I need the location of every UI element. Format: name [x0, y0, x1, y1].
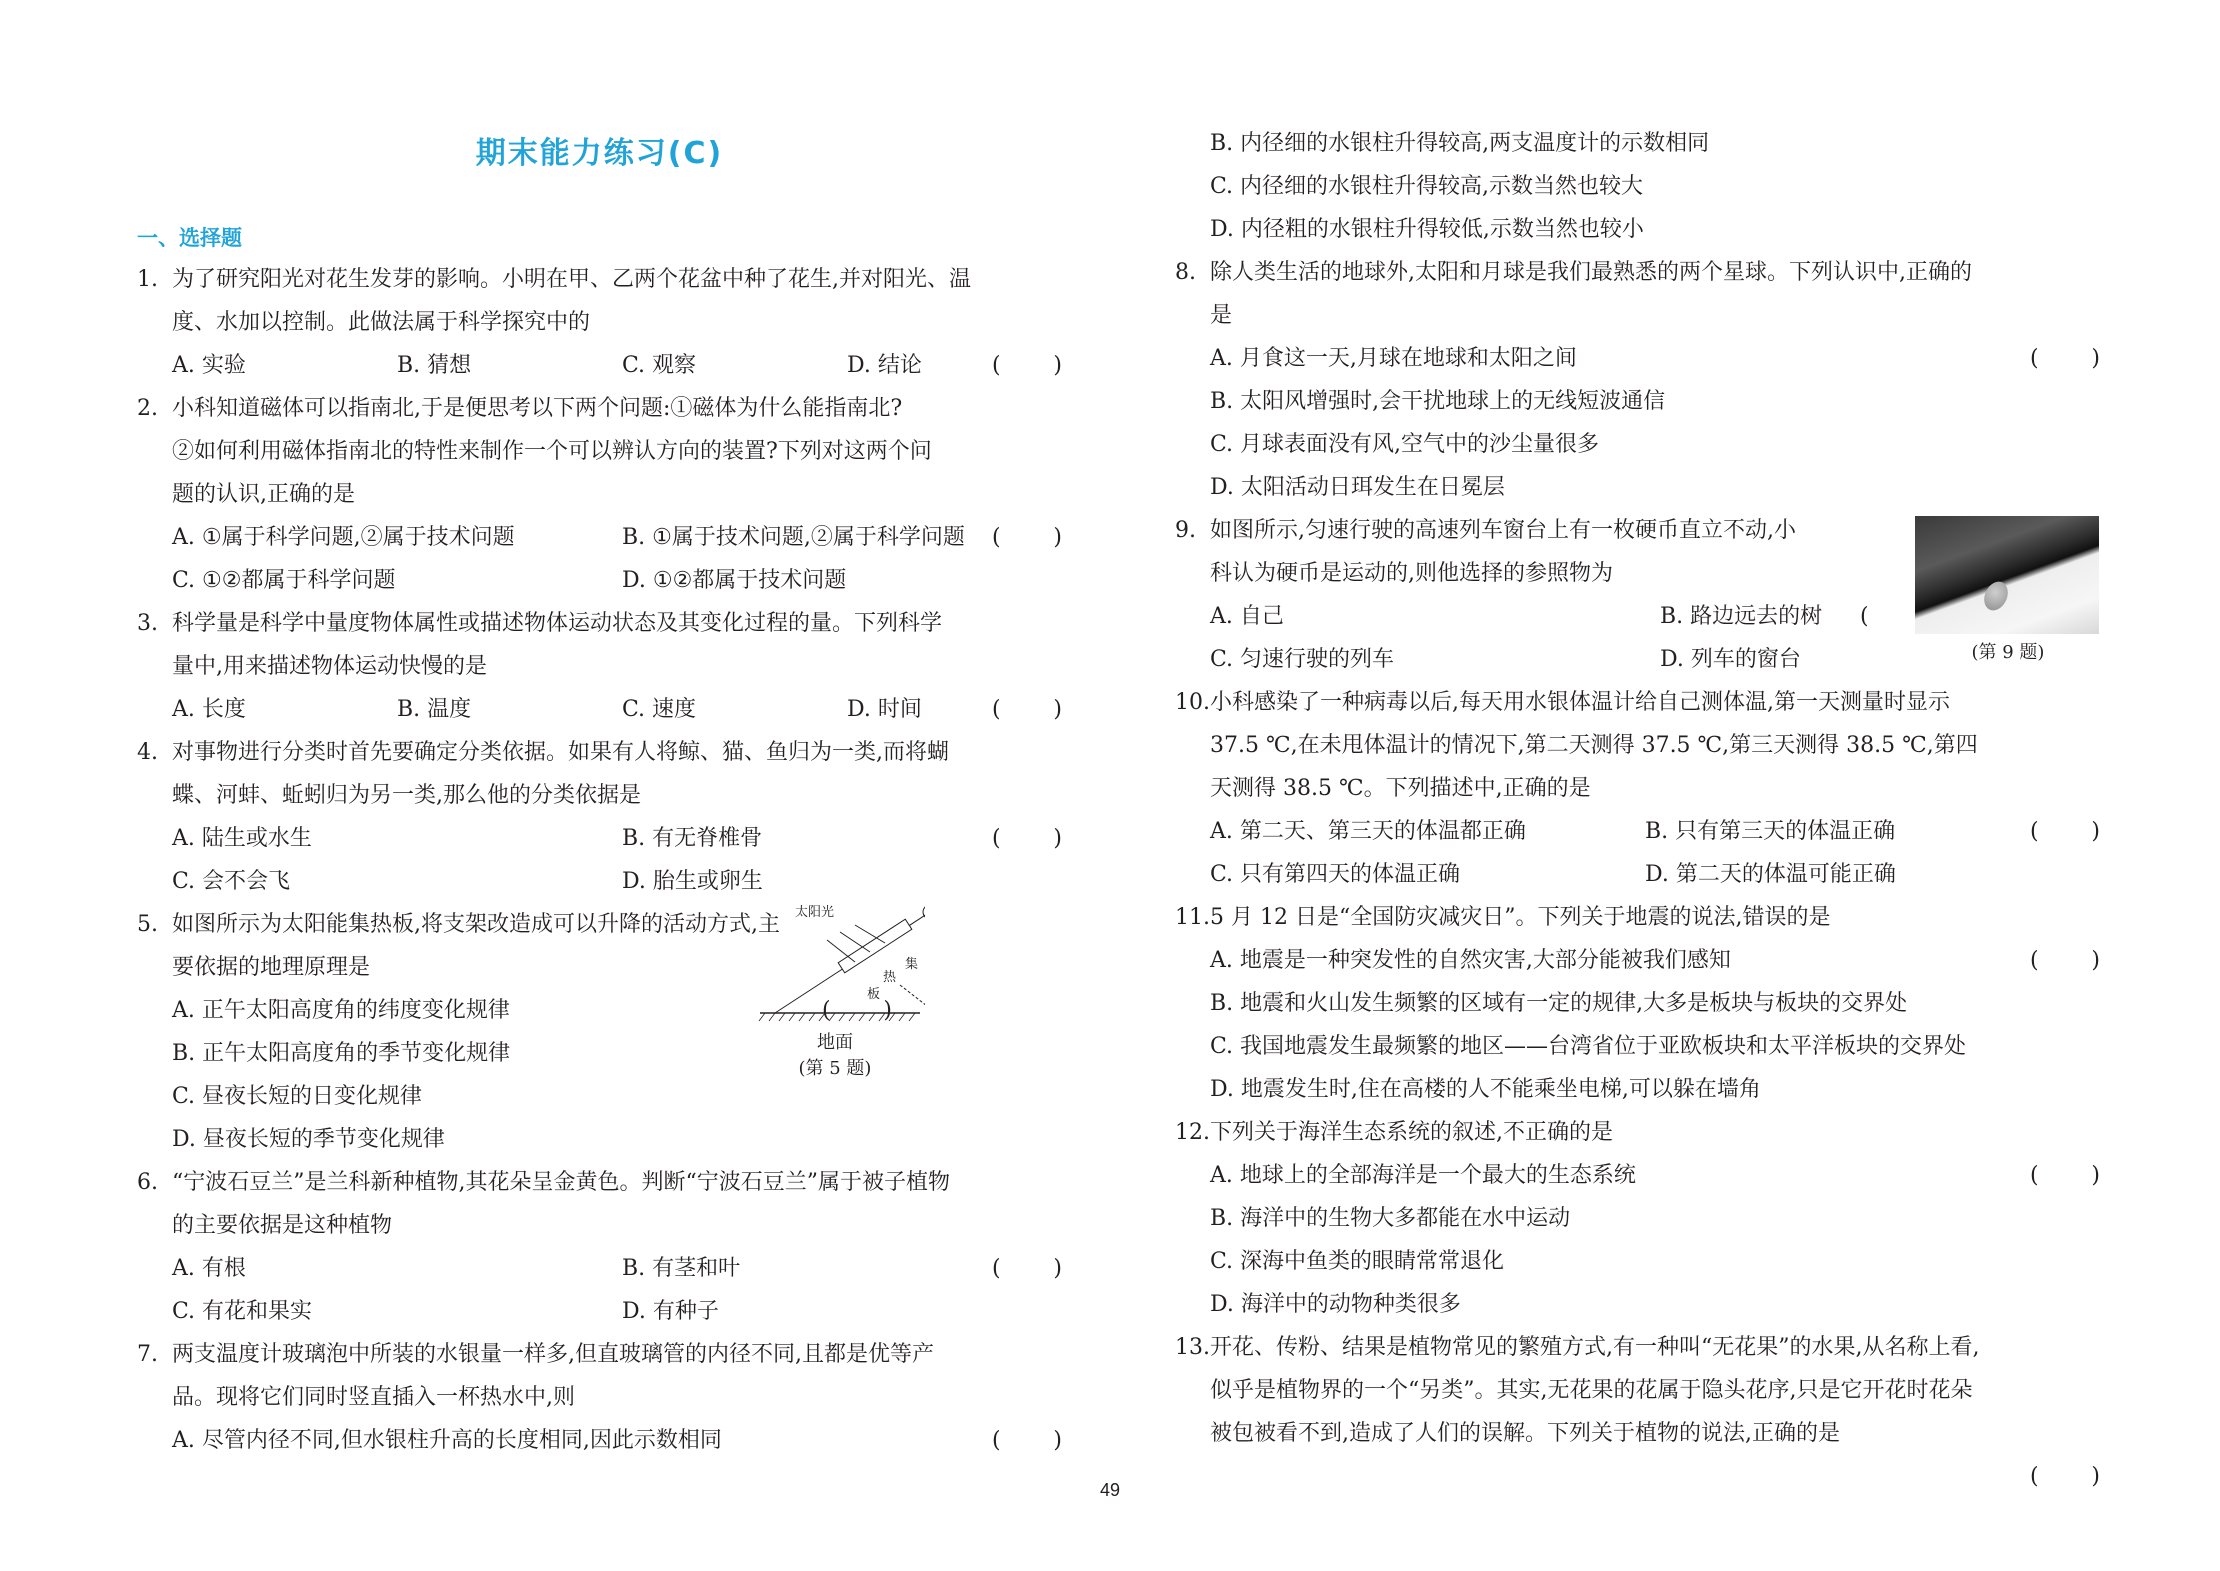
- question-10-options-row-1: A. 第二天、第三天的体温都正确 B. 只有第三天的体温正确: [1210, 810, 2100, 853]
- option-b[interactable]: B. 有无脊椎骨: [622, 817, 762, 860]
- option-b[interactable]: B. 有茎和叶: [622, 1247, 740, 1290]
- question-4-options-row-1: A. 陆生或水生 B. 有无脊椎骨: [172, 817, 1062, 860]
- sunlight-label: 太阳光: [795, 904, 834, 920]
- option-b[interactable]: B. 温度: [397, 688, 471, 731]
- answer-blank[interactable]: (): [2030, 1154, 2100, 1197]
- question-9-options-row-1: A. 自己 B. 路边远去的树: [1210, 595, 1930, 638]
- option-b[interactable]: B. 海洋中的生物大多都能在水中运动: [1210, 1197, 1570, 1240]
- collector-label: 集: [905, 956, 918, 972]
- option-d[interactable]: D. ①②都属于技术问题: [622, 559, 846, 602]
- question-1-line-1: 1.为了研究阳光对花生发芽的影响。小明在甲、乙两个花盆中种了花生,并对阳光、温: [137, 258, 971, 301]
- question-11-line-1: 11.5 月 12 日是“全国防灾减灾日”。下列关于地震的说法,错误的是(): [1175, 896, 2100, 939]
- question-4-line-2: 蝶、河蚌、蚯蚓归为另一类,那么他的分类依据是(): [172, 774, 1062, 817]
- question-7-line-1: 7.两支温度计玻璃泡中所装的水银量一样多,但直玻璃管的内径不同,且都是优等产: [137, 1333, 934, 1376]
- question-5-line-1: 5.如图所示为太阳能集热板,将支架改造成可以升降的活动方式,主: [137, 903, 780, 946]
- option-d[interactable]: D. 昼夜长短的季节变化规律: [172, 1118, 445, 1161]
- option-c[interactable]: C. 月球表面没有风,空气中的沙尘量很多: [1210, 423, 1599, 466]
- option-a[interactable]: A. 月食这一天,月球在地球和太阳之间: [1210, 337, 1577, 380]
- question-3-options: A. 长度 B. 温度 C. 速度 D. 时间: [172, 688, 1062, 731]
- figure-caption: (第 9 题): [1923, 638, 2093, 664]
- option-a[interactable]: A. 第二天、第三天的体温都正确: [1210, 810, 1526, 853]
- collector-label: 板: [867, 986, 880, 1002]
- option-a[interactable]: A. 有根: [172, 1247, 246, 1290]
- option-c[interactable]: C. 我国地震发生最频繁的地区——台湾省位于亚欧板块和太平洋板块的交界处: [1210, 1025, 1966, 1068]
- question-10-line-1: 10.小科感染了一种病毒以后,每天用水银体温计给自己测体温,第一天测量时显示: [1175, 681, 1950, 724]
- question-9-line-1: 9.如图所示,匀速行驶的高速列车窗台上有一枚硬币直立不动,小: [1175, 509, 1796, 552]
- question-9-line-2: 科认为硬币是运动的,则他选择的参照物为(): [1210, 552, 1930, 595]
- question-8-line-1: 8.除人类生活的地球外,太阳和月球是我们最熟悉的两个星球。下列认识中,正确的: [1175, 251, 1972, 294]
- option-d[interactable]: D. 结论: [847, 344, 922, 387]
- option-c[interactable]: C. 昼夜长短的日变化规律: [172, 1075, 422, 1118]
- figure-caption: (第 5 题): [750, 1054, 920, 1080]
- question-3-line-2: 量中,用来描述物体运动快慢的是(): [172, 645, 1062, 688]
- option-c[interactable]: C. 有花和果实: [172, 1290, 312, 1333]
- question-2-line-3: 题的认识,正确的是(): [172, 473, 1062, 516]
- option-d[interactable]: D. 第二天的体温可能正确: [1645, 853, 1896, 896]
- question-2-line-1: 2.小科知道磁体可以指南北,于是便思考以下两个问题:①磁体为什么能指南北?: [137, 387, 902, 430]
- question-4-options-row-2: C. 会不会飞 D. 胎生或卵生: [172, 860, 1062, 903]
- option-a[interactable]: A. 陆生或水生: [172, 817, 312, 860]
- option-a[interactable]: A. 地震是一种突发性的自然灾害,大部分能被我们感知: [1210, 939, 1731, 982]
- option-b[interactable]: B. 地震和火山发生频繁的区域有一定的规律,大多是板块与板块的交界处: [1210, 982, 1907, 1025]
- question-13-line-2: 似乎是植物界的一个“另类”。其实,无花果的花属于隐头花序,只是它开花时花朵: [1210, 1369, 1972, 1412]
- question-8-line-2: 是(): [1210, 294, 2100, 337]
- option-a[interactable]: A. 正午太阳高度角的纬度变化规律: [172, 989, 510, 1032]
- question-6-options-row-1: A. 有根 B. 有茎和叶: [172, 1247, 1062, 1290]
- option-b[interactable]: B. 只有第三天的体温正确: [1645, 810, 1895, 853]
- option-b[interactable]: B. 太阳风增强时,会干扰地球上的无线短波通信: [1210, 380, 1665, 423]
- option-a[interactable]: A. 长度: [172, 688, 246, 731]
- question-6-line-2: 的主要依据是这种植物(): [172, 1204, 1062, 1247]
- answer-blank[interactable]: (): [2030, 939, 2100, 982]
- question-13-line-1: 13.开花、传粉、结果是植物常见的繁殖方式,有一种叫“无花果”的水果,从名称上看…: [1175, 1326, 1979, 1369]
- question-6-options-row-2: C. 有花和果实 D. 有种子: [172, 1290, 1062, 1333]
- option-c[interactable]: C. 速度: [622, 688, 696, 731]
- option-b[interactable]: B. 内径细的水银柱升得较高,两支温度计的示数相同: [1210, 122, 1709, 165]
- answer-blank[interactable]: (): [2030, 337, 2100, 380]
- option-d[interactable]: D. 内径粗的水银柱升得较低,示数当然也较小: [1210, 208, 1644, 251]
- question-2-line-2: ②如何利用磁体指南北的特性来制作一个可以辨认方向的装置?下列对这两个问: [172, 430, 932, 473]
- option-d[interactable]: D. 太阳活动日珥发生在日冕层: [1210, 466, 1505, 509]
- option-a[interactable]: A. 自己: [1210, 595, 1284, 638]
- question-12-line-1: 12.下列关于海洋生态系统的叙述,不正确的是(): [1175, 1111, 2100, 1154]
- option-b[interactable]: B. 路边远去的树: [1660, 595, 1822, 638]
- solar-collector-figure: 太阳光 集 热 板 地面 (第 5 题): [755, 900, 925, 1100]
- option-d[interactable]: D. 有种子: [622, 1290, 719, 1333]
- coin-image: [1980, 578, 2013, 614]
- question-10-options-row-2: C. 只有第四天的体温正确 D. 第二天的体温可能正确: [1210, 853, 2100, 896]
- question-6-line-1: 6.“宁波石豆兰”是兰科新种植物,其花朵呈金黄色。判断“宁波石豆兰”属于被子植物: [137, 1161, 950, 1204]
- question-4-line-1: 4.对事物进行分类时首先要确定分类依据。如果有人将鲸、猫、鱼归为一类,而将蝴: [137, 731, 949, 774]
- question-3-line-1: 3.科学量是科学中量度物体属性或描述物体运动状态及其变化过程的量。下列科学: [137, 602, 942, 645]
- option-c[interactable]: C. 只有第四天的体温正确: [1210, 853, 1460, 896]
- option-d[interactable]: D. 时间: [847, 688, 922, 731]
- option-a[interactable]: A. 地球上的全部海洋是一个最大的生态系统: [1210, 1154, 1636, 1197]
- coin-on-train-figure: (第 9 题): [1915, 516, 2099, 636]
- option-d[interactable]: D. 列车的窗台: [1660, 638, 1801, 681]
- question-10-line-2: 37.5 ℃,在未甩体温计的情况下,第二天测得 37.5 ℃,第三天测得 38.…: [1210, 724, 1978, 767]
- section-heading: 一、选择题: [137, 222, 242, 252]
- question-1-options: A. 实验 B. 猜想 C. 观察 D. 结论: [172, 344, 1062, 387]
- question-2-options-row-1: A. ①属于科学问题,②属于技术问题 B. ①属于技术问题,②属于科学问题: [172, 516, 1062, 559]
- option-a[interactable]: A. 尽管内径不同,但水银柱升高的长度相同,因此示数相同: [172, 1419, 722, 1462]
- question-13-line-3: 被包被看不到,造成了人们的误解。下列关于植物的说法,正确的是(): [1210, 1412, 2100, 1455]
- question-1-line-2: 度、水加以控制。此做法属于科学探究中的(): [172, 301, 1062, 344]
- option-a[interactable]: A. 实验: [172, 344, 246, 387]
- train-window-photo: [1915, 516, 2099, 634]
- option-c[interactable]: C. 观察: [622, 344, 696, 387]
- option-c[interactable]: C. 会不会飞: [172, 860, 290, 903]
- option-b[interactable]: B. 猜想: [397, 344, 471, 387]
- collector-label: 热: [883, 969, 897, 985]
- ground-label: 地面: [750, 1028, 920, 1054]
- question-10-line-3: 天测得 38.5 ℃。下列描述中,正确的是(): [1210, 767, 2100, 810]
- option-a[interactable]: A. ①属于科学问题,②属于技术问题: [172, 516, 515, 559]
- option-b[interactable]: B. 正午太阳高度角的季节变化规律: [172, 1032, 510, 1075]
- option-d[interactable]: D. 海洋中的动物种类很多: [1210, 1283, 1461, 1326]
- option-c[interactable]: C. 匀速行驶的列车: [1210, 638, 1394, 681]
- option-d[interactable]: D. 胎生或卵生: [622, 860, 763, 903]
- option-c[interactable]: C. ①②都属于科学问题: [172, 559, 395, 602]
- option-c[interactable]: C. 内径细的水银柱升得较高,示数当然也较大: [1210, 165, 1643, 208]
- option-c[interactable]: C. 深海中鱼类的眼睛常常退化: [1210, 1240, 1504, 1283]
- question-7-line-2: 品。现将它们同时竖直插入一杯热水中,则(): [172, 1376, 1062, 1419]
- option-b[interactable]: B. ①属于技术问题,②属于科学问题: [622, 516, 965, 559]
- answer-blank[interactable]: (): [992, 1419, 1062, 1462]
- option-d[interactable]: D. 地震发生时,住在高楼的人不能乘坐电梯,可以躲在墙角: [1210, 1068, 1761, 1111]
- question-9-options-row-2: C. 匀速行驶的列车 D. 列车的窗台: [1210, 638, 1930, 681]
- question-2-options-row-2: C. ①②都属于科学问题 D. ①②都属于技术问题: [172, 559, 1062, 602]
- page-number: 49: [0, 1480, 2220, 1501]
- page-title: 期末能力练习(C): [137, 128, 1062, 172]
